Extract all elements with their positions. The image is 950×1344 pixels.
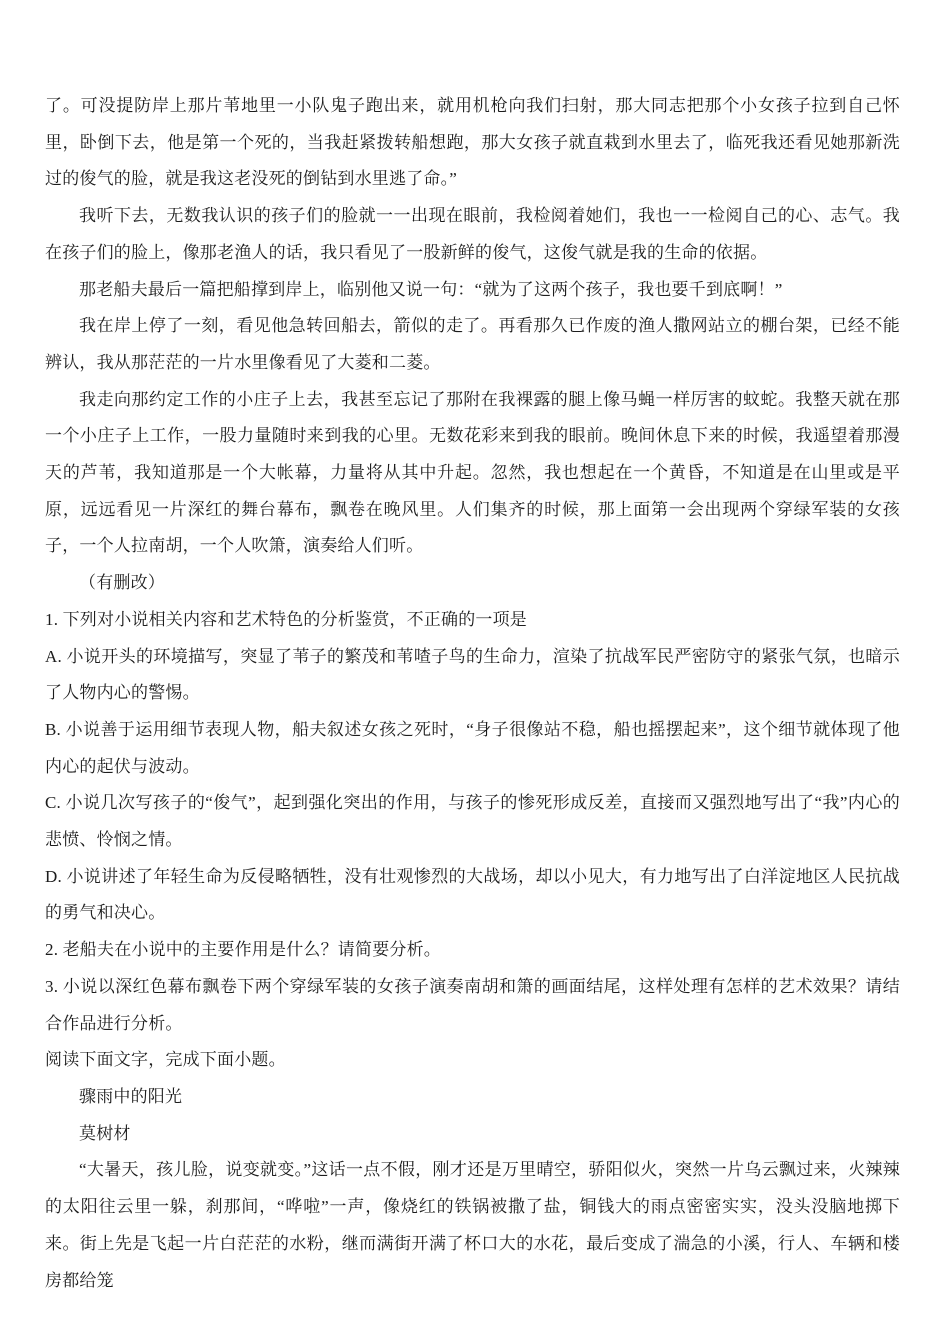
reading-author: 莫树材 <box>45 1116 900 1153</box>
question-3: 3. 小说以深红色幕布飘卷下两个穿绿军装的女孩子演奏南胡和箫的画面结尾，这样处理… <box>45 969 900 1042</box>
story-paragraph: 我走向那约定工作的小庄子上去，我甚至忘记了那附在我裸露的腿上像马蝇一样厉害的蚊蛇… <box>45 382 900 566</box>
reading-paragraph-cutoff: “大暑天，孩儿脸，说变就变。”这话一点不假，刚才还是万里晴空，骄阳似火，突然一片… <box>45 1152 900 1299</box>
reading-instruction: 阅读下面文字，完成下面小题。 <box>45 1042 900 1079</box>
option-A: A. 小说开头的环境描写，突显了苇子的繁茂和苇喳子鸟的生命力，渲染了抗战军民严密… <box>45 639 900 712</box>
story-paragraph: 那老船夫最后一篇把船撑到岸上，临别他又说一句：“就为了这两个孩子，我也要千到底啊… <box>45 272 900 309</box>
option-D: D. 小说讲述了年轻生命为反侵略牺牲，没有壮观惨烈的大战场，却以小见大，有力地写… <box>45 859 900 932</box>
story-paragraph: 我在岸上停了一刻，看见他急转回船去，箭似的走了。再看那久已作废的渔人撒网站立的棚… <box>45 308 900 381</box>
story-paragraph: 我听下去，无数我认识的孩子们的脸就一一出现在眼前，我检阅着她们，我也一一检阅自己… <box>45 198 900 271</box>
document-page: 了。可没提防岸上那片苇地里一小队鬼子跑出来，就用机枪向我们扫射，那大同志把那个小… <box>0 0 950 1344</box>
document-body: 了。可没提防岸上那片苇地里一小队鬼子跑出来，就用机枪向我们扫射，那大同志把那个小… <box>45 88 900 1299</box>
story-paragraph-continued: 了。可没提防岸上那片苇地里一小队鬼子跑出来，就用机枪向我们扫射，那大同志把那个小… <box>45 88 900 198</box>
option-C: C. 小说几次写孩子的“俊气”，起到强化突出的作用，与孩子的惨死形成反差，直接而… <box>45 785 900 858</box>
option-B: B. 小说善于运用细节表现人物，船夫叙述女孩之死时，“身子很像站不稳，船也摇摆起… <box>45 712 900 785</box>
question-2: 2. 老船夫在小说中的主要作用是什么？请简要分析。 <box>45 932 900 969</box>
deletion-note: （有删改） <box>45 565 900 602</box>
question-1: 1. 下列对小说相关内容和艺术特色的分析鉴赏，不正确的一项是 <box>45 602 900 639</box>
reading-title: 骤雨中的阳光 <box>45 1079 900 1116</box>
